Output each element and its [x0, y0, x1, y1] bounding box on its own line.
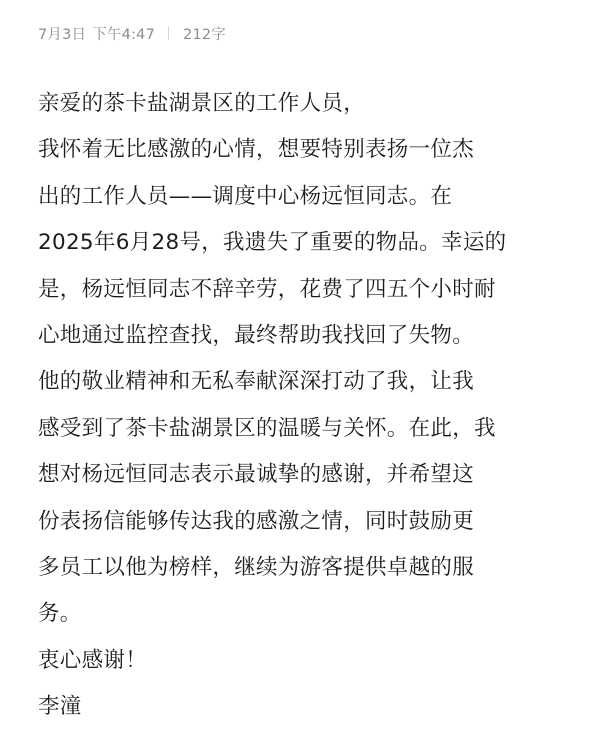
note-line-closing: 衷心感谢！	[38, 638, 578, 684]
note-line: 出的工作人员——调度中心杨远恒同志。在	[38, 174, 578, 220]
note-line: 份表扬信能够传达我的感激之情，同时鼓励更	[38, 499, 578, 545]
note-meta-header: 7月3日 下午4:47 212字	[38, 22, 226, 44]
note-line: 我怀着无比感激的心情，想要特别表扬一位杰	[38, 127, 578, 173]
word-count: 212字	[183, 23, 226, 44]
note-line: 多员工以他为榜样，继续为游客提供卓越的服	[38, 545, 578, 591]
note-date: 7月3日	[38, 23, 86, 44]
note-line: 他的敬业精神和无私奉献深深打动了我，让我	[38, 359, 578, 405]
note-line: 感受到了茶卡盐湖景区的温暖与关怀。在此，我	[38, 406, 578, 452]
note-line: 务。	[38, 591, 578, 637]
note-line-greeting: 亲爱的茶卡盐湖景区的工作人员，	[38, 81, 578, 127]
note-line: 心地通过监控查找，最终帮助我找回了失物。	[38, 313, 578, 359]
note-line: 是，杨远恒同志不辞辛劳，花费了四五个小时耐	[38, 267, 578, 313]
note-time: 下午4:47	[92, 23, 155, 44]
divider	[168, 26, 169, 40]
note-line: 想对杨远恒同志表示最诚挚的感谢，并希望这	[38, 452, 578, 498]
note-line: 2025年6月28号，我遗失了重要的物品。幸运的	[38, 220, 578, 266]
note-line-signature: 李潼	[38, 684, 578, 730]
note-body[interactable]: 亲爱的茶卡盐湖景区的工作人员， 我怀着无比感激的心情，想要特别表扬一位杰 出的工…	[38, 81, 578, 730]
